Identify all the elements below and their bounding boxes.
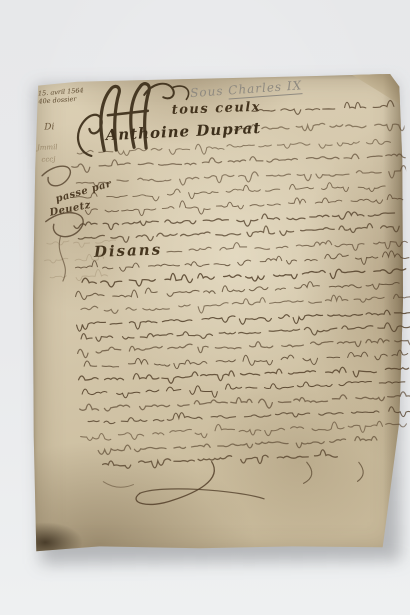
- margin-note-di: Di: [44, 122, 54, 132]
- pencil-word: Sous: [190, 84, 224, 100]
- margin-note-faint-2: cccj: [41, 155, 55, 164]
- handwriting-layer: 15. avril 1564 40e dossier Sous Charles …: [0, 0, 410, 615]
- photo-background: 15. avril 1564 40e dossier Sous Charles …: [0, 0, 410, 615]
- archival-date-note: 15. avril 1564 40e dossier: [38, 86, 85, 105]
- paragraph-word: Disans: [94, 240, 163, 260]
- margin-note-faint-1: Jmmil: [37, 143, 58, 152]
